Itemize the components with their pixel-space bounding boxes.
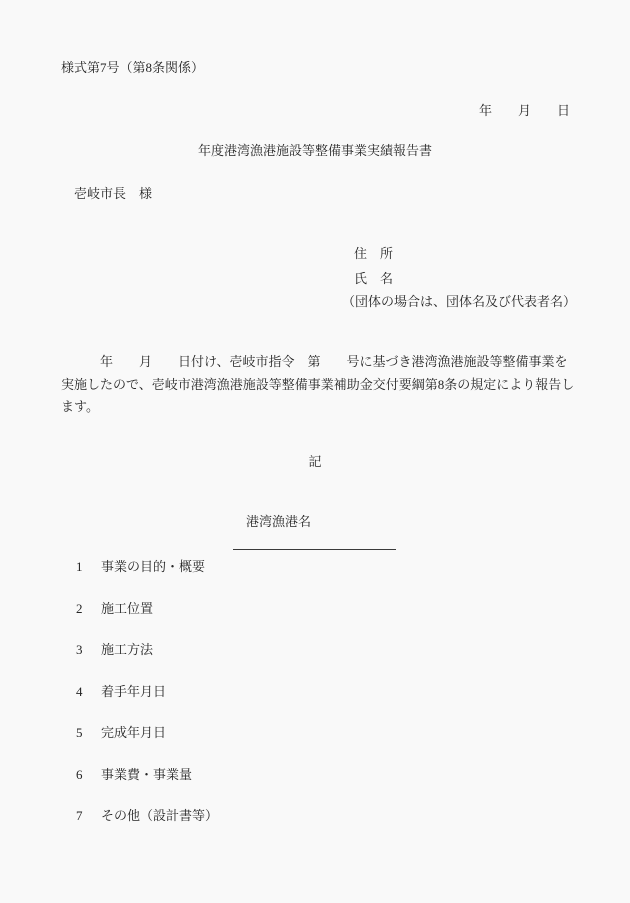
port-name-label: 港湾漁港名: [246, 514, 311, 529]
form-number: 様式第7号（第8条関係）: [61, 59, 204, 77]
sender-name-label: 氏 名: [354, 270, 393, 288]
addressee: 壱岐市長 様: [74, 185, 152, 203]
item-number: 1: [76, 559, 101, 575]
port-name-field: 港湾漁港名: [233, 495, 396, 550]
list-item: 7その他（設計書等）: [63, 789, 218, 840]
body-paragraph-line: 年 月 日付け、壱岐市指令 第 号に基づき港湾漁港施設等整備事業を: [61, 353, 567, 371]
item-number: 5: [76, 725, 101, 741]
item-label: 施工方法: [101, 642, 153, 657]
item-number: 2: [76, 601, 101, 617]
item-label: 着手年月日: [101, 684, 166, 699]
item-label: 事業費・事業量: [101, 767, 192, 782]
record-marker: 記: [0, 453, 630, 471]
body-paragraph-line: 実施したので、壱岐市港湾漁港施設等整備事業補助金交付要綱第8条の規定により報告し: [61, 376, 574, 394]
item-label: 完成年月日: [101, 725, 166, 740]
document-title: 年度港湾漁港施設等整備事業実績報告書: [0, 142, 630, 160]
sender-address-label: 住 所: [354, 245, 393, 263]
item-label: 施工位置: [101, 601, 153, 616]
item-label: その他（設計書等）: [101, 808, 218, 823]
date-placeholder: 年 月 日: [479, 102, 570, 120]
item-number: 3: [76, 642, 101, 658]
item-number: 7: [76, 808, 101, 824]
document-page: 様式第7号（第8条関係） 年 月 日 年度港湾漁港施設等整備事業実績報告書 壱岐…: [0, 0, 630, 903]
sender-group-note: （団体の場合は、団体名及び代表者名）: [342, 293, 576, 311]
item-label: 事業の目的・概要: [101, 559, 205, 574]
item-number: 6: [76, 767, 101, 783]
item-number: 4: [76, 684, 101, 700]
body-paragraph-line: ます。: [61, 398, 99, 416]
